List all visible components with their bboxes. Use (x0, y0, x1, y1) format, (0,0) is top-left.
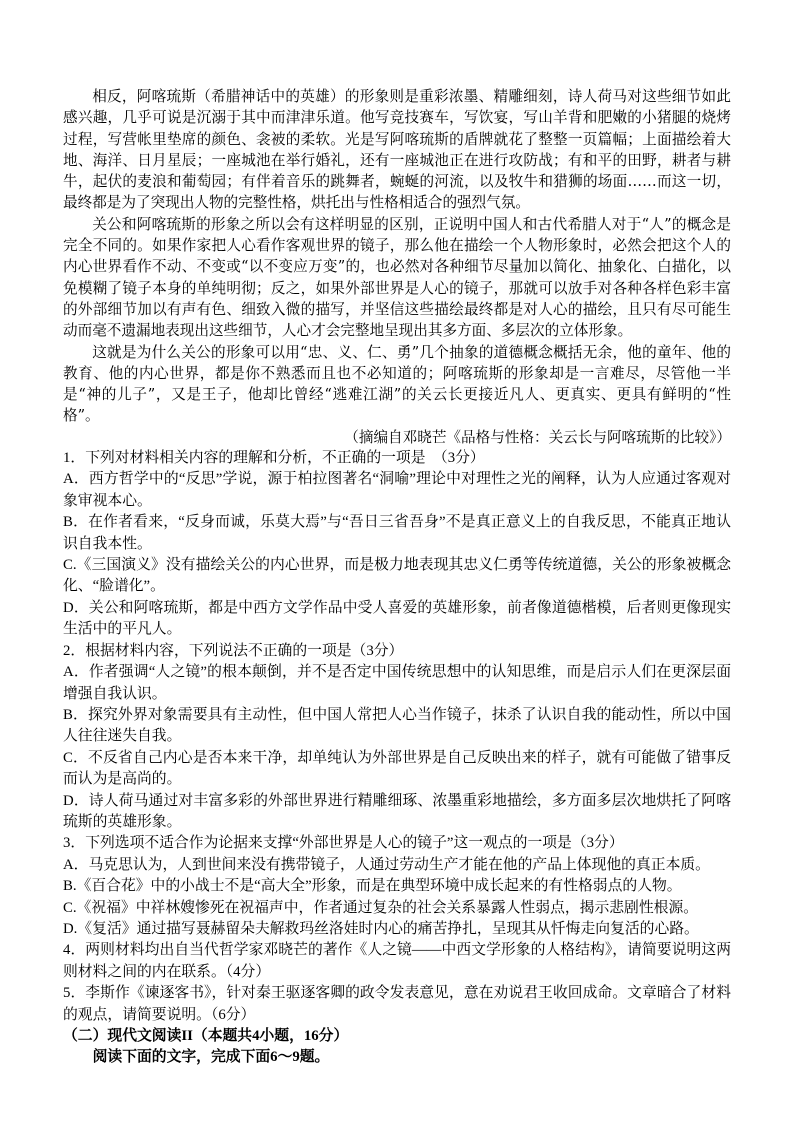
passage-paragraph-2: 关公和阿喀琉斯的形象之所以会有这样明显的区别，正说明中国人和古代希腊人对于“人”… (63, 214, 731, 342)
question-4-stem: 4．两则材料均出自当代哲学家邓晓芒的著作《人之镜——中西文学形象的人格结构》，请… (63, 940, 731, 983)
question-1-option-d: D．关公和阿喀琉斯，都是中西方文学作品中受人喜爱的英雄形象，前者像道德楷模，后者… (63, 598, 731, 641)
section-2-header: （二）现代文阅读II（本题共4小题，16分） (63, 1026, 731, 1047)
question-2-stem: 2．根据材料内容，下列说法不正确的一项是（3分） (63, 641, 731, 662)
passage-attribution: （摘编自邓晓芒《品格与性格：关云长与阿喀琉斯的比较》） (63, 427, 731, 448)
section-2-instruction: 阅读下面的文字，完成下面6～9题。 (63, 1047, 731, 1068)
question-3-option-d: D.《复活》通过描写聂赫留朵夫解救玛丝洛娃时内心的痛苦挣扎，呈现其从忏悔走向复活… (63, 919, 731, 940)
reading-passage: 相反，阿喀琉斯（希腊神话中的英雄）的形象则是重彩浓墨、精雕细刻，诗人荷马对这些细… (63, 86, 731, 448)
question-3-option-b: B.《百合花》中的小战士不是“高大全”形象，而是在典型环境中成长起来的有性格弱点… (63, 876, 731, 897)
passage-paragraph-3: 这就是为什么关公的形象可以用“忠、义、仁、勇”几个抽象的道德概念概括无余，他的童… (63, 342, 731, 427)
question-3-stem: 3．下列选项不适合作为论据来支撑“外部世界是人心的镜子”这一观点的一项是（3分） (63, 833, 731, 854)
question-2-option-a: A．作者强调“人之镜”的根本颠倒，并不是否定中国传统思想中的认知思维，而是启示人… (63, 662, 731, 705)
exam-page: 相反，阿喀琉斯（希腊神话中的英雄）的形象则是重彩浓墨、精雕细刻，诗人荷马对这些细… (63, 86, 731, 1069)
question-1-option-a: A．西方哲学中的“反思”学说，源于柏拉图著名“洞喻”理论中对理性之光的阐释，认为… (63, 469, 731, 512)
question-5-stem: 5．李斯作《谏逐客书》，针对秦王驱逐客卿的政令发表意见，意在劝说君王收回成命。文… (63, 983, 731, 1026)
question-2-option-d: D．诗人荷马通过对丰富多彩的外部世界进行精雕细琢、浓墨重彩地描绘，多方面多层次地… (63, 791, 731, 834)
question-1-stem: 1．下列对材料相关内容的理解和分析，不正确的一项是 （3分） (63, 448, 731, 469)
question-1-option-c: C.《三国演义》没有描绘关公的内心世界，而是极力地表现其忠义仁勇等传统道德，关公… (63, 555, 731, 598)
question-2-option-c: C．不反省自己内心是否本来干净，却单纯认为外部世界是自己反映出来的样子，就有可能… (63, 748, 731, 791)
question-1-option-b: B．在作者看来，“反身而诚，乐莫大焉”与“吾日三省吾身”不是真正意义上的自我反思… (63, 512, 731, 555)
question-list: 1．下列对材料相关内容的理解和分析，不正确的一项是 （3分） A．西方哲学中的“… (63, 448, 731, 1026)
question-3-option-c: C.《祝福》中祥林嫂惨死在祝福声中，作者通过复杂的社会关系暴露人性弱点，揭示悲剧… (63, 898, 731, 919)
section-2: （二）现代文阅读II（本题共4小题，16分） 阅读下面的文字，完成下面6～9题。 (63, 1026, 731, 1069)
question-3-option-a: A．马克思认为，人到世间来没有携带镜子，人通过劳动生产才能在他的产品上体现他的真… (63, 855, 731, 876)
question-2-option-b: B．探究外界对象需要具有主动性，但中国人常把人心当作镜子，抹杀了认识自我的能动性… (63, 705, 731, 748)
passage-paragraph-1: 相反，阿喀琉斯（希腊神话中的英雄）的形象则是重彩浓墨、精雕细刻，诗人荷马对这些细… (63, 86, 731, 214)
